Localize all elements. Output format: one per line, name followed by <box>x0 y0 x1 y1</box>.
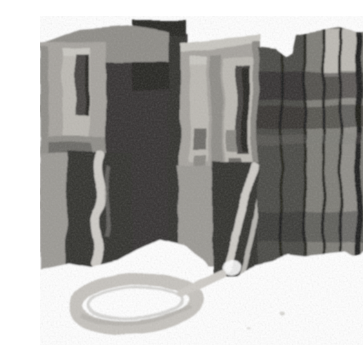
equipment-photo <box>40 16 363 345</box>
film-grain-overlay <box>40 16 363 345</box>
photo-canvas <box>40 16 363 345</box>
